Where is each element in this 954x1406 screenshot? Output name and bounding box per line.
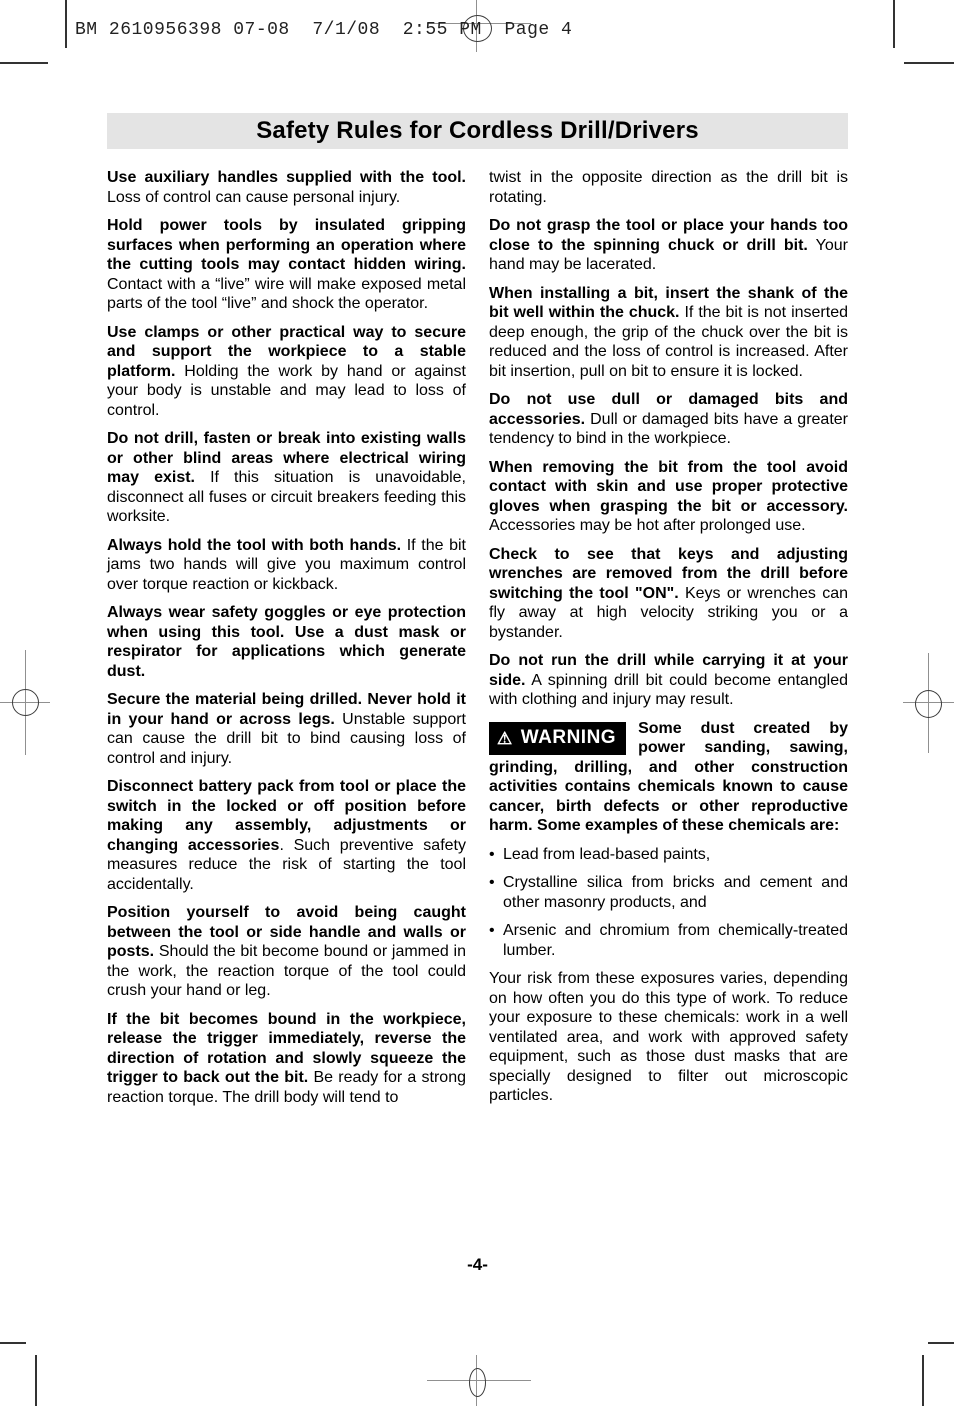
bullet-icon: • xyxy=(489,845,503,865)
safety-rule-paragraph: Hold power tools by insulated gripping s… xyxy=(107,216,466,314)
safety-rule-paragraph: When installing a bit, insert the shank … xyxy=(489,284,848,382)
crop-mark-bottom-left-horizontal xyxy=(0,1342,26,1344)
bullet-item: •Arsenic and chromium from chemically-tr… xyxy=(489,921,848,960)
crop-mark-bottom-right-vertical xyxy=(922,1355,924,1406)
bullet-text: Lead from lead-based paints, xyxy=(503,846,710,863)
rule-lead-in: Disconnect battery pack from tool or pla… xyxy=(107,778,466,854)
safety-rule-paragraph: If the bit becomes bound in the workpiec… xyxy=(107,1010,466,1108)
rule-lead-in: Secure the material being drilled. Never… xyxy=(107,691,466,728)
rule-lead-in: Do not drill, fasten or break into exist… xyxy=(107,430,466,486)
crop-mark-top-right-vertical xyxy=(893,0,895,48)
safety-rule-paragraph: Secure the material being drilled. Never… xyxy=(107,690,466,768)
safety-rule-paragraph: twist in the opposite direction as the d… xyxy=(489,168,848,207)
rule-lead-in: Do not run the drill while carrying it a… xyxy=(489,652,848,689)
rule-lead-in: Use auxiliary handles supplied with the … xyxy=(107,169,466,186)
crop-mark-bottom-left-vertical xyxy=(35,1355,37,1406)
bullet-icon: • xyxy=(489,921,503,941)
safety-rule-paragraph: Do not grasp the tool or place your hand… xyxy=(489,216,848,275)
registration-mark-right-circle xyxy=(915,690,942,718)
bullet-icon: • xyxy=(489,873,503,893)
safety-rule-paragraph: Do not use dull or damaged bits and acce… xyxy=(489,390,848,449)
document-page: BM 2610956398 07-08 7/1/08 2:55 PM Page … xyxy=(0,0,954,1406)
warning-badge: ⚠WARNING xyxy=(489,722,626,755)
rule-lead-in: Use clamps or other practical way to sec… xyxy=(107,324,466,380)
safety-rule-paragraph: Check to see that keys and adjusting wre… xyxy=(489,545,848,643)
rule-lead-in: Do not use dull or damaged bits and acce… xyxy=(489,391,848,428)
rule-lead-in: Hold power tools by insulated gripping s… xyxy=(107,217,466,273)
safety-rule-paragraph: Do not drill, fasten or break into exist… xyxy=(107,429,466,527)
bullet-item: •Lead from lead-based paints, xyxy=(489,845,848,865)
rule-lead-in: Position yourself to avoid being caught … xyxy=(107,904,466,960)
crop-mark-top-left-vertical xyxy=(65,0,67,48)
page-title-bar: Safety Rules for Cordless Drill/Drivers xyxy=(107,113,848,149)
registration-mark-bottom-circle xyxy=(469,1368,486,1397)
registration-mark-left-circle xyxy=(12,689,39,716)
page-title: Safety Rules for Cordless Drill/Drivers xyxy=(256,117,699,144)
bullet-text: Arsenic and chromium from chemically-tre… xyxy=(503,922,848,959)
crop-mark-top-right-horizontal xyxy=(904,62,954,64)
safety-rule-paragraph: Position yourself to avoid being caught … xyxy=(107,903,466,1001)
crop-mark-top-left-horizontal xyxy=(0,62,48,64)
left-column: Use auxiliary handles supplied with the … xyxy=(107,168,466,1116)
rule-lead-in: When removing the bit from the tool avoi… xyxy=(489,459,848,515)
right-column: twist in the opposite direction as the d… xyxy=(489,168,848,1115)
rule-lead-in: If the bit becomes bound in the workpiec… xyxy=(107,1011,466,1087)
safety-rule-paragraph: When removing the bit from the tool avoi… xyxy=(489,458,848,536)
crop-mark-bottom-right-horizontal xyxy=(928,1342,954,1344)
safety-rule-paragraph: Use clamps or other practical way to sec… xyxy=(107,323,466,421)
safety-rule-paragraph: Disconnect battery pack from tool or pla… xyxy=(107,777,466,894)
bullet-text: Crystalline silica from bricks and cemen… xyxy=(503,874,848,911)
warning-badge-label: WARNING xyxy=(521,728,616,748)
warning-triangle-icon: ⚠ xyxy=(497,730,513,747)
bullet-item: •Crystalline silica from bricks and ceme… xyxy=(489,873,848,912)
rule-lead-in: When installing a bit, insert the shank … xyxy=(489,285,848,322)
safety-rule-paragraph: Do not run the drill while carrying it a… xyxy=(489,651,848,710)
warning-paragraph: ⚠WARNINGSome dust created by power sandi… xyxy=(489,719,848,836)
safety-rule-paragraph: Use auxiliary handles supplied with the … xyxy=(107,168,466,207)
safety-rule-paragraph: Always wear safety goggles or eye protec… xyxy=(107,603,466,681)
rule-lead-in: Do not grasp the tool or place your hand… xyxy=(489,217,848,254)
print-header: BM 2610956398 07-08 7/1/08 2:55 PM Page … xyxy=(75,20,572,40)
safety-rule-paragraph: Always hold the tool with both hands. If… xyxy=(107,536,466,595)
rule-lead-in: Check to see that keys and adjusting wre… xyxy=(489,546,848,602)
rule-lead-in: Always wear safety goggles or eye protec… xyxy=(107,604,466,680)
safety-rule-paragraph: Your risk from these exposures varies, d… xyxy=(489,969,848,1106)
rule-lead-in: Always hold the tool with both hands. xyxy=(107,537,401,554)
page-number: -4- xyxy=(107,1255,848,1275)
